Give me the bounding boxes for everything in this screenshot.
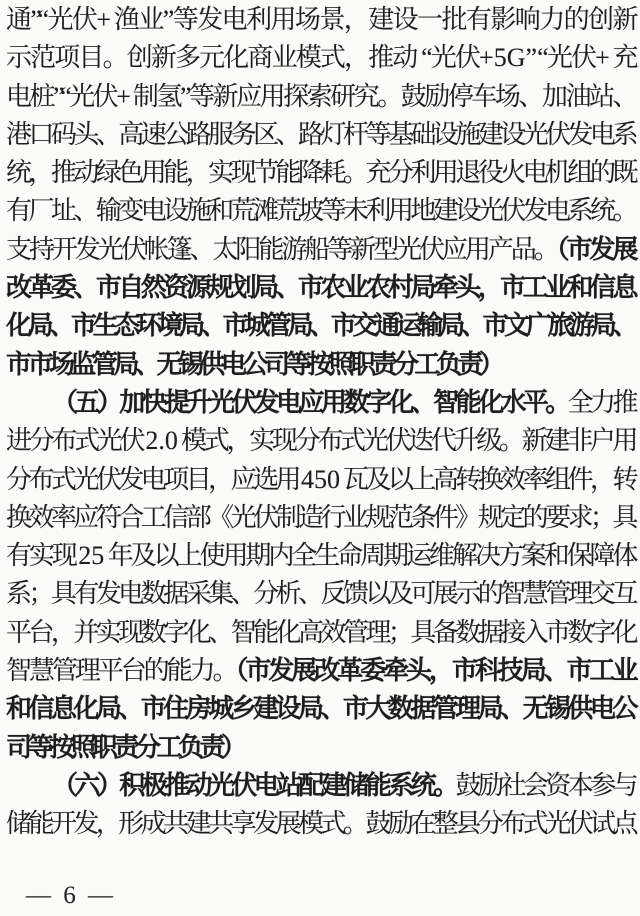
cjk-run: 示范项目。创新多元化商业模式，推动 “光伏 bbox=[6, 43, 479, 72]
cjk-run: 换效率应符合工信部《光伏制造行业规范条件》规定的要求；具 bbox=[6, 503, 634, 532]
cjk-run: 年及以上使用期内全生命周期运维解决方案和保障体 bbox=[104, 541, 634, 570]
cjk-run: 储能开发，形成共建共享发展模式。鼓励在整县分布式光伏试点 bbox=[6, 809, 634, 838]
cjk-run: 智慧管理平台的能力。 bbox=[6, 656, 235, 685]
body-text: 智慧管理平台的能力。 bbox=[6, 656, 235, 685]
body-text: 系；具有发电数据采集、分析、反馈以及可展示的智慧管理交互 bbox=[6, 579, 634, 608]
text-line: 储能开发，形成共建共享发展模式。鼓励在整县分布式光伏试点 bbox=[6, 805, 634, 843]
latin-run: 25 bbox=[78, 541, 104, 570]
cjk-run: 电桩”“光伏 bbox=[6, 82, 116, 111]
cjk-run: 瓦及以上高转换效率组件，转 bbox=[340, 465, 634, 494]
body-text: 通”“光伏+渔业”等发电利用场景，建设一批有影响力的创新 bbox=[6, 5, 634, 34]
body-text: 换效率应符合工信部《光伏制造行业规范条件》规定的要求；具 bbox=[6, 503, 634, 532]
emphasis-text: 化局、市生态环境局、市城管局、市交通运输局、市文广旅游局、 bbox=[6, 311, 634, 340]
body-text: 电桩”“光伏+制氢”等新应用探索研究。鼓励停车场、加油站、 bbox=[6, 82, 634, 111]
text-line: 有实现 25 年及以上使用期内全生命周期运维解决方案和保障体 bbox=[6, 537, 634, 575]
emphasis-text: 司等按照职责分工负责） bbox=[6, 733, 243, 762]
latin-run: +5G bbox=[479, 43, 525, 72]
cjk-run: 统，推动绿色用能，实现节能降耗。充分利用退役火电机组的既 bbox=[6, 158, 634, 187]
cjk-run: 充 bbox=[610, 43, 634, 72]
text-line: 市市场监管局、无锡供电公司等按照职责分工负责） bbox=[6, 346, 634, 384]
cjk-run: 制氢”等新应用探索研究。鼓励停车场、加油站、 bbox=[131, 82, 634, 111]
text-line: 统，推动绿色用能，实现节能降耗。充分利用退役火电机组的既 bbox=[6, 154, 634, 192]
body-text: 有厂址、输变电设施和荒滩荒坡等未利用地建设光伏发电系统。 bbox=[6, 196, 634, 225]
cjk-run: 化局、市生态环境局、市城管局、市交通运输局、市文广旅游局、 bbox=[6, 311, 634, 340]
cjk-run: 有厂址、输变电设施和荒滩荒坡等未利用地建设光伏发电系统。 bbox=[6, 196, 634, 225]
cjk-run: 港口码头、高速公路服务区、路灯杆等基础设施建设光伏发电系 bbox=[6, 120, 634, 149]
cjk-run: （市发展 bbox=[557, 235, 634, 264]
emphasis-text: 改革委、市自然资源规划局、市农业农村局牵头，市工业和信息 bbox=[6, 273, 634, 302]
cjk-run: 司等按照职责分工负责） bbox=[6, 733, 243, 762]
cjk-run: 分布式光伏发电项目，应选用 bbox=[6, 465, 301, 494]
body-text: 分布式光伏发电项目，应选用 450 瓦及以上高转换效率组件，转 bbox=[6, 465, 634, 494]
cjk-run: （六）积极推动光伏电站配建储能系统。 bbox=[52, 771, 456, 800]
emphasis-text: （六）积极推动光伏电站配建储能系统。 bbox=[52, 771, 456, 800]
body-text: 进分布式光伏 2.0 模式，实现分布式光伏迭代升级。新建非户用 bbox=[6, 426, 634, 455]
cjk-run: （五）加快提升光伏发电应用数字化、智能化水平。 bbox=[52, 388, 568, 417]
emphasis-text: 市市场监管局、无锡供电公司等按照职责分工负责） bbox=[6, 350, 501, 379]
cjk-run: ” “光伏 bbox=[526, 43, 596, 72]
cjk-run: 市市场监管局、无锡供电公司等按照职责分工负责） bbox=[6, 350, 501, 379]
cjk-run: 支持开发光伏帐篷、太阳能游船等新型光伏应用产品。 bbox=[6, 235, 557, 264]
cjk-run: （市发展改革委牵头，市科技局、市工业 bbox=[235, 656, 634, 685]
body-text: 统，推动绿色用能，实现节能降耗。充分利用退役火电机组的既 bbox=[6, 158, 634, 187]
text-line: 支持开发光伏帐篷、太阳能游船等新型光伏应用产品。（市发展 bbox=[6, 231, 634, 269]
text-line: 司等按照职责分工负责） bbox=[6, 729, 634, 767]
text-line: 和信息化局、市住房城乡建设局、市大数据管理局、无锡供电公 bbox=[6, 690, 634, 728]
cjk-run: 改革委、市自然资源规划局、市农业农村局牵头，市工业和信息 bbox=[6, 273, 634, 302]
text-line: 电桩”“光伏+制氢”等新应用探索研究。鼓励停车场、加油站、 bbox=[6, 78, 634, 116]
text-line: 分布式光伏发电项目，应选用 450 瓦及以上高转换效率组件，转 bbox=[6, 461, 634, 499]
latin-run: 450 bbox=[301, 465, 340, 494]
emphasis-text: （市发展改革委牵头，市科技局、市工业 bbox=[235, 656, 634, 685]
text-line: 改革委、市自然资源规划局、市农业农村局牵头，市工业和信息 bbox=[6, 269, 634, 307]
latin-run: 2.0 bbox=[145, 426, 178, 455]
page-number: — 6 — bbox=[26, 882, 114, 910]
body-text: 鼓励社会资本参与 bbox=[456, 771, 634, 800]
cjk-run: 平台，并实现数字化、智能化高效管理；具备数据接入市数字化 bbox=[6, 618, 634, 647]
cjk-run: 进分布式光伏 bbox=[6, 426, 145, 455]
body-text: 储能开发，形成共建共享发展模式。鼓励在整县分布式光伏试点 bbox=[6, 809, 634, 838]
cjk-run: 系；具有发电数据采集、分析、反馈以及可展示的智慧管理交互 bbox=[6, 579, 634, 608]
latin-run: + bbox=[96, 5, 111, 34]
text-line: 平台，并实现数字化、智能化高效管理；具备数据接入市数字化 bbox=[6, 614, 634, 652]
emphasis-text: （五）加快提升光伏发电应用数字化、智能化水平。 bbox=[52, 388, 568, 417]
body-text: 示范项目。创新多元化商业模式，推动 “光伏+5G” “光伏+充 bbox=[6, 43, 634, 72]
cjk-run: 和信息化局、市住房城乡建设局、市大数据管理局、无锡供电公 bbox=[6, 694, 634, 723]
body-text: 平台，并实现数字化、智能化高效管理；具备数据接入市数字化 bbox=[6, 618, 634, 647]
text-line: 有厂址、输变电设施和荒滩荒坡等未利用地建设光伏发电系统。 bbox=[6, 192, 634, 230]
text-line: 系；具有发电数据采集、分析、反馈以及可展示的智慧管理交互 bbox=[6, 575, 634, 613]
text-line: 港口码头、高速公路服务区、路灯杆等基础设施建设光伏发电系 bbox=[6, 116, 634, 154]
emphasis-text: 和信息化局、市住房城乡建设局、市大数据管理局、无锡供电公 bbox=[6, 694, 634, 723]
cjk-run: 鼓励社会资本参与 bbox=[456, 771, 634, 800]
latin-run: + bbox=[116, 82, 131, 111]
text-line: 智慧管理平台的能力。（市发展改革委牵头，市科技局、市工业 bbox=[6, 652, 634, 690]
cjk-run: 全力推 bbox=[568, 388, 634, 417]
latin-run: + bbox=[595, 43, 610, 72]
text-line: 示范项目。创新多元化商业模式，推动 “光伏+5G” “光伏+充 bbox=[6, 39, 634, 77]
text-line: （五）加快提升光伏发电应用数字化、智能化水平。全力推 bbox=[6, 384, 634, 422]
text-line: 换效率应符合工信部《光伏制造行业规范条件》规定的要求；具 bbox=[6, 499, 634, 537]
body-text: 有实现 25 年及以上使用期内全生命周期运维解决方案和保障体 bbox=[6, 541, 634, 570]
document-page: 通”“光伏+渔业”等发电利用场景，建设一批有影响力的创新示范项目。创新多元化商业… bbox=[0, 0, 640, 916]
body-text: 全力推 bbox=[568, 388, 634, 417]
cjk-run: 通”“光伏 bbox=[6, 5, 96, 34]
body-text: 支持开发光伏帐篷、太阳能游船等新型光伏应用产品。 bbox=[6, 235, 557, 264]
cjk-run: 模式，实现分布式光伏迭代升级。新建非户用 bbox=[178, 426, 634, 455]
text-line: 化局、市生态环境局、市城管局、市交通运输局、市文广旅游局、 bbox=[6, 307, 634, 345]
emphasis-text: （市发展 bbox=[557, 235, 634, 264]
document-body: 通”“光伏+渔业”等发电利用场景，建设一批有影响力的创新示范项目。创新多元化商业… bbox=[6, 1, 634, 844]
cjk-run: 有实现 bbox=[6, 541, 78, 570]
cjk-run: 渔业”等发电利用场景，建设一批有影响力的创新 bbox=[111, 5, 634, 34]
text-line: （六）积极推动光伏电站配建储能系统。鼓励社会资本参与 bbox=[6, 767, 634, 805]
text-line: 通”“光伏+渔业”等发电利用场景，建设一批有影响力的创新 bbox=[6, 1, 634, 39]
body-text: 港口码头、高速公路服务区、路灯杆等基础设施建设光伏发电系 bbox=[6, 120, 634, 149]
text-line: 进分布式光伏 2.0 模式，实现分布式光伏迭代升级。新建非户用 bbox=[6, 422, 634, 460]
